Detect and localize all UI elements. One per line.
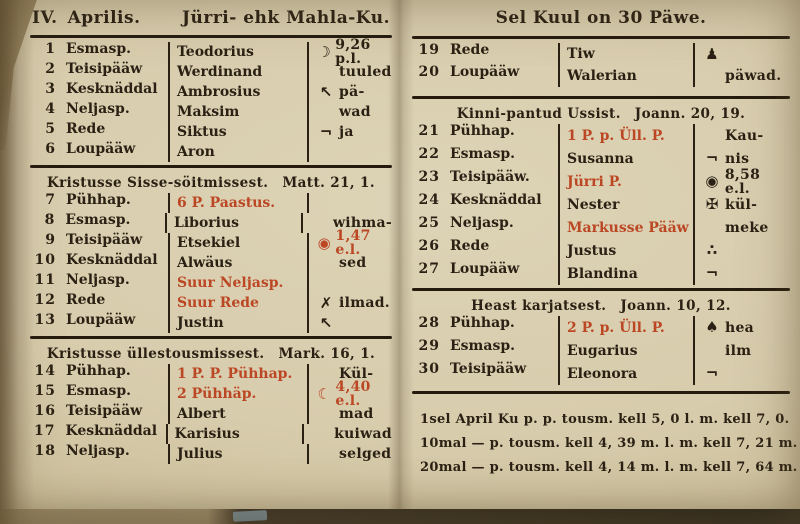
weekday-name: Neljasp.: [440, 216, 558, 230]
weather-note: wad: [339, 105, 371, 119]
saint-or-feast-name: Etsekiel: [168, 233, 307, 253]
saint-or-feast-name: Albert: [168, 404, 307, 424]
saint-or-feast-name: Karisius: [166, 424, 303, 444]
saint-or-feast-name: Markusse Pääw: [558, 216, 693, 239]
saint-or-feast-name: Maksim: [168, 102, 307, 122]
weekday-name: Teisipääw.: [440, 170, 558, 184]
weekday-name: Pühhap.: [440, 124, 558, 138]
weekday-name: Loupääw: [56, 313, 168, 327]
section-title-text: Kinni-pantud Ussist.: [457, 106, 621, 122]
saint-or-feast-name: Nester: [558, 193, 693, 216]
weekday-name: Neljasp.: [56, 102, 168, 116]
weekday-name: Rede: [440, 239, 558, 253]
saint-or-feast-name: Teodorius: [168, 42, 307, 62]
weather-column: mad: [307, 404, 392, 424]
day-number: 18: [30, 444, 56, 458]
saint-or-feast-name: Jürri P.: [558, 170, 693, 193]
weekday-name: Esmasp.: [440, 339, 558, 353]
weather-column: tuuled: [307, 62, 392, 82]
almanac-symbol-icon: ☾: [313, 387, 335, 402]
day-number: 9: [30, 233, 56, 247]
weather-column: ✗ilmad.: [307, 293, 392, 313]
month-number: IV.: [32, 8, 58, 28]
calendar-row: 10KesknäddalAlwäussed: [30, 253, 392, 273]
day-number: 6: [30, 142, 56, 156]
section-title-text: Kristusse üllestousmissest.: [47, 346, 265, 362]
weekday-name: Kesknäddal: [56, 424, 166, 438]
day-number: 27: [412, 262, 440, 276]
calendar-row: 27LoupääwBlandina¬: [412, 262, 790, 285]
calendar-row: 6LoupääwAron: [30, 142, 392, 162]
almanac-symbol-icon: ∴: [699, 243, 725, 258]
calendar-row: 30TeisipääwEleonora¬: [412, 362, 790, 385]
horizontal-rule: [30, 165, 392, 168]
calendar-row: 20LoupääwWalerianpäwad.: [412, 65, 790, 87]
calendar-row: 18Neljasp.Juliusselged: [30, 444, 392, 464]
weather-column: Kau-: [693, 124, 790, 147]
day-number: 16: [30, 404, 56, 418]
weekday-name: Teisipääw: [56, 233, 168, 247]
horizontal-rule: [412, 36, 790, 39]
calendar-row: 17KesknäddalKarisiuskuiwad: [30, 424, 392, 444]
weather-column: päwad.: [693, 65, 790, 87]
calendar-row: 11Neljasp.Suur Neljasp.: [30, 273, 392, 293]
weather-column: ◉8,58 e.l.: [693, 170, 790, 193]
calendar-row: 3KesknäddalAmbrosius↖pä-: [30, 82, 392, 102]
calendar-row: 26RedeJustus∴: [412, 239, 790, 262]
left-page: IV.Aprilis. Jürri- ehk Mahla-Ku. 1Esmasp…: [30, 0, 392, 510]
calendar-row: 9TeisipääwEtsekiel◉1,47 e.l.: [30, 233, 392, 253]
month-title: IV.Aprilis.: [32, 8, 141, 28]
calendar-row: 24KesknäddalNester✠kül-: [412, 193, 790, 216]
section-title-text: Kristusse Sisse-söitmissest.: [47, 175, 268, 191]
calendar-row: 19RedeTiw♟: [412, 43, 790, 65]
weather-note: meke: [725, 221, 769, 235]
weekday-name: Pühhap.: [440, 316, 558, 330]
weekday-name: Rede: [440, 43, 558, 57]
saint-or-feast-name: Blandina: [558, 262, 693, 285]
weather-column: ilm: [693, 339, 790, 362]
calendar-row: 25Neljasp.Markusse Pääwmeke: [412, 216, 790, 239]
almanac-symbol-icon: ¬: [699, 266, 725, 281]
calendar-row: 2TeisipääwWerdinandtuuled: [30, 62, 392, 82]
weather-column: ↖: [307, 313, 392, 333]
book-bottom-edge: [0, 509, 800, 524]
weather-note: ilm: [725, 344, 751, 358]
section-title-text: Heast karjatsest.: [471, 298, 606, 314]
day-number: 21: [412, 124, 440, 138]
weather-column: wad: [307, 102, 392, 122]
saint-or-feast-name: Alwäus: [168, 253, 307, 273]
saint-or-feast-name: Susanna: [558, 147, 693, 170]
day-number: 3: [30, 82, 56, 96]
blue-paper-speck: [233, 510, 267, 522]
day-number: 14: [30, 364, 56, 378]
day-number: 17: [30, 424, 56, 438]
section-scripture-ref: Mark. 16, 1.: [278, 346, 375, 362]
weekday-name: Pühhap.: [56, 193, 168, 207]
sun-times-footer: 1sel April Ku p. p. tousm. kell 5, 0 l. …: [412, 398, 790, 480]
weekday-name: Loupääw: [440, 262, 558, 276]
saint-or-feast-name: Justin: [168, 313, 307, 333]
almanac-symbol-icon: ☽: [313, 45, 335, 60]
weekday-name: Esmasp.: [56, 384, 168, 398]
weather-column: selged: [307, 444, 392, 464]
almanac-symbol-icon: ↖: [313, 85, 339, 100]
weekday-name: Rede: [56, 122, 168, 136]
day-number: 12: [30, 293, 56, 307]
almanac-symbol-icon: ♟: [699, 47, 725, 62]
weekday-name: Esmasp.: [55, 213, 165, 227]
saint-or-feast-name: 6 P. Paastus.: [168, 193, 307, 213]
day-number: 13: [30, 313, 56, 327]
weekday-name: Loupääw: [56, 142, 168, 156]
day-number: 20: [412, 65, 440, 79]
section-title: Kinni-pantud Ussist.Joann. 20, 19.: [412, 103, 790, 124]
horizontal-rule: [412, 96, 790, 99]
right-section-2: 21Pühhap.1 P. p. Üll. P.Kau-22Esmasp.Sus…: [412, 124, 790, 285]
right-section-1: 19RedeTiw♟20LoupääwWalerianpäwad.: [412, 43, 790, 87]
day-number: 2: [30, 62, 56, 76]
section-scripture-ref: Joann. 10, 12.: [620, 298, 730, 314]
day-number: 10: [30, 253, 56, 267]
almanac-symbol-icon: ¬: [313, 125, 339, 140]
almanac-symbol-icon: ◉: [699, 174, 725, 189]
day-number: 7: [30, 193, 56, 207]
weekday-name: Teisipääw: [440, 362, 558, 376]
weather-note: sed: [339, 256, 366, 270]
day-number: 11: [30, 273, 56, 287]
weather-column: sed: [307, 253, 392, 273]
day-number: 15: [30, 384, 56, 398]
weather-column: ♠hea: [693, 316, 790, 339]
month-name: Aprilis.: [68, 8, 141, 28]
horizontal-rule: [412, 288, 790, 291]
saint-or-feast-name: Justus: [558, 239, 693, 262]
saint-or-feast-name: Julius: [168, 444, 307, 464]
weather-note: ilmad.: [339, 296, 390, 310]
weather-column: ♟: [693, 43, 790, 65]
section-scripture-ref: Joann. 20, 19.: [635, 106, 745, 122]
almanac-symbol-icon: ↖: [313, 316, 339, 331]
weather-column: kuiwad: [302, 424, 392, 444]
weather-note: tuuled: [339, 65, 392, 79]
day-number: 26: [412, 239, 440, 253]
weather-note: 8,58 e.l.: [725, 168, 790, 196]
left-page-header: IV.Aprilis. Jürri- ehk Mahla-Ku.: [30, 0, 392, 32]
calendar-row: 12RedeSuur Rede✗ilmad.: [30, 293, 392, 313]
day-number: 19: [412, 43, 440, 57]
day-number: 22: [412, 147, 440, 161]
weather-column: ◉1,47 e.l.: [307, 233, 392, 253]
month-subtitle: Jürri- ehk Mahla-Ku.: [182, 8, 390, 28]
calendar-row: 15Esmasp.2 Pühhäp.☾4,40 e.l.: [30, 384, 392, 404]
weather-column: ☾4,40 e.l.: [307, 384, 392, 404]
sun-times-line: 10mal — p. tousm. kell 4, 39 m. l. m. ke…: [420, 432, 790, 456]
weather-note: mad: [339, 407, 374, 421]
saint-or-feast-name: Tiw: [558, 43, 693, 65]
page-left-edge-shading: [0, 0, 34, 524]
saint-or-feast-name: Aron: [168, 142, 307, 162]
calendar-row: 29Esmasp.Eugariusilm: [412, 339, 790, 362]
weather-column: ☽9,26 p.l.: [307, 42, 392, 62]
sun-times-line: 20mal — p. tousm. kell 4, 14 m. l. m. ke…: [420, 456, 790, 480]
weather-column: [307, 142, 392, 162]
calendar-row: 1Esmasp.Teodorius☽9,26 p.l.: [30, 42, 392, 62]
day-number: 25: [412, 216, 440, 230]
weather-note: selged: [339, 447, 391, 461]
weather-note: pä-: [339, 85, 365, 99]
calendar-row: 13LoupääwJustin↖: [30, 313, 392, 333]
weather-column: ¬: [693, 362, 790, 385]
weekday-name: Kesknäddal: [56, 82, 168, 96]
weekday-name: Neljasp.: [56, 444, 168, 458]
calendar-row: 23Teisipääw.Jürri P.◉8,58 e.l.: [412, 170, 790, 193]
almanac-symbol-icon: ✠: [699, 197, 725, 212]
weekday-name: Kesknäddal: [440, 193, 558, 207]
weather-column: ¬: [693, 262, 790, 285]
horizontal-rule: [412, 391, 790, 394]
saint-or-feast-name: Eugarius: [558, 339, 693, 362]
day-number: 1: [30, 42, 56, 56]
weather-column: ∴: [693, 239, 790, 262]
weekday-name: Loupääw: [440, 65, 558, 79]
weekday-name: Esmasp.: [56, 42, 168, 56]
day-number: 29: [412, 339, 440, 353]
right-page: Sel Kuul on 30 Päwe. 19RedeTiw♟20Loupääw…: [412, 0, 790, 510]
weather-note: Kau-: [725, 129, 763, 143]
saint-or-feast-name: Ambrosius: [168, 82, 307, 102]
saint-or-feast-name: 1 P. P. Pühhap.: [168, 364, 307, 384]
almanac-symbol-icon: ♠: [699, 320, 725, 335]
saint-or-feast-name: Liborius: [165, 213, 301, 233]
saint-or-feast-name: Suur Rede: [168, 293, 307, 313]
weekday-name: Esmasp.: [440, 147, 558, 161]
weekday-name: Kesknäddal: [56, 253, 168, 267]
saint-or-feast-name: 2 P. p. Üll. P.: [558, 316, 693, 339]
weekday-name: Teisipääw: [56, 62, 168, 76]
weather-column: ¬ja: [307, 122, 392, 142]
saint-or-feast-name: 2 Pühhäp.: [168, 384, 307, 404]
calendar-row: 5RedeSiktus¬ja: [30, 122, 392, 142]
saint-or-feast-name: Suur Neljasp.: [168, 273, 307, 293]
weekday-name: Teisipääw: [56, 404, 168, 418]
day-number: 23: [412, 170, 440, 184]
calendar-row: 21Pühhap.1 P. p. Üll. P.Kau-: [412, 124, 790, 147]
almanac-scan: IV.Aprilis. Jürri- ehk Mahla-Ku. 1Esmasp…: [0, 0, 800, 524]
weekday-name: Rede: [56, 293, 168, 307]
weather-note: hea: [725, 321, 754, 335]
calendar-row: 7Pühhap.6 P. Paastus.: [30, 193, 392, 213]
weather-note: ja: [339, 125, 354, 139]
left-section-3: 14Pühhap.1 P. P. Pühhap.Kül-15Esmasp.2 P…: [30, 364, 392, 464]
weather-note: päwad.: [725, 69, 781, 83]
calendar-row: 28Pühhap.2 P. p. Üll. P.♠hea: [412, 316, 790, 339]
weather-column: [307, 193, 392, 213]
calendar-row: 4Neljasp.Maksimwad: [30, 102, 392, 122]
horizontal-rule: [30, 336, 392, 339]
saint-or-feast-name: Werdinand: [168, 62, 307, 82]
day-number: 30: [412, 362, 440, 376]
left-section-2: 7Pühhap.6 P. Paastus.8Esmasp.Liboriuswih…: [30, 193, 392, 333]
saint-or-feast-name: Eleonora: [558, 362, 693, 385]
section-title: Kristusse Sisse-söitmissest.Matt. 21, 1.: [30, 172, 392, 193]
weather-column: ↖pä-: [307, 82, 392, 102]
weekday-name: Pühhap.: [56, 364, 168, 378]
weather-note: nis: [725, 152, 749, 166]
saint-or-feast-name: 1 P. p. Üll. P.: [558, 124, 693, 147]
section-scripture-ref: Matt. 21, 1.: [282, 175, 375, 191]
right-section-3: 28Pühhap.2 P. p. Üll. P.♠hea29Esmasp.Eug…: [412, 316, 790, 385]
day-number: 8: [30, 213, 55, 227]
day-number: 28: [412, 316, 440, 330]
almanac-symbol-icon: ¬: [699, 151, 725, 166]
left-section-1: 1Esmasp.Teodorius☽9,26 p.l.2TeisipääwWer…: [30, 42, 392, 162]
section-title: Kristusse üllestousmissest.Mark. 16, 1.: [30, 343, 392, 364]
day-number: 24: [412, 193, 440, 207]
calendar-row: 16TeisipääwAlbertmad: [30, 404, 392, 424]
almanac-symbol-icon: ✗: [313, 296, 339, 311]
almanac-symbol-icon: ◉: [313, 236, 335, 251]
weather-column: ✠kül-: [693, 193, 790, 216]
sun-times-line: 1sel April Ku p. p. tousm. kell 5, 0 l. …: [420, 408, 790, 432]
weather-column: [307, 273, 392, 293]
saint-or-feast-name: Siktus: [168, 122, 307, 142]
right-page-header: Sel Kuul on 30 Päwe.: [412, 0, 790, 33]
weather-note: kül-: [725, 198, 757, 212]
saint-or-feast-name: Walerian: [558, 65, 693, 87]
section-title: Heast karjatsest.Joann. 10, 12.: [412, 295, 790, 316]
day-number: 4: [30, 102, 56, 116]
almanac-symbol-icon: ¬: [699, 366, 725, 381]
weekday-name: Neljasp.: [56, 273, 168, 287]
weather-column: meke: [693, 216, 790, 239]
weather-note: kuiwad: [334, 427, 392, 441]
day-number: 5: [30, 122, 56, 136]
